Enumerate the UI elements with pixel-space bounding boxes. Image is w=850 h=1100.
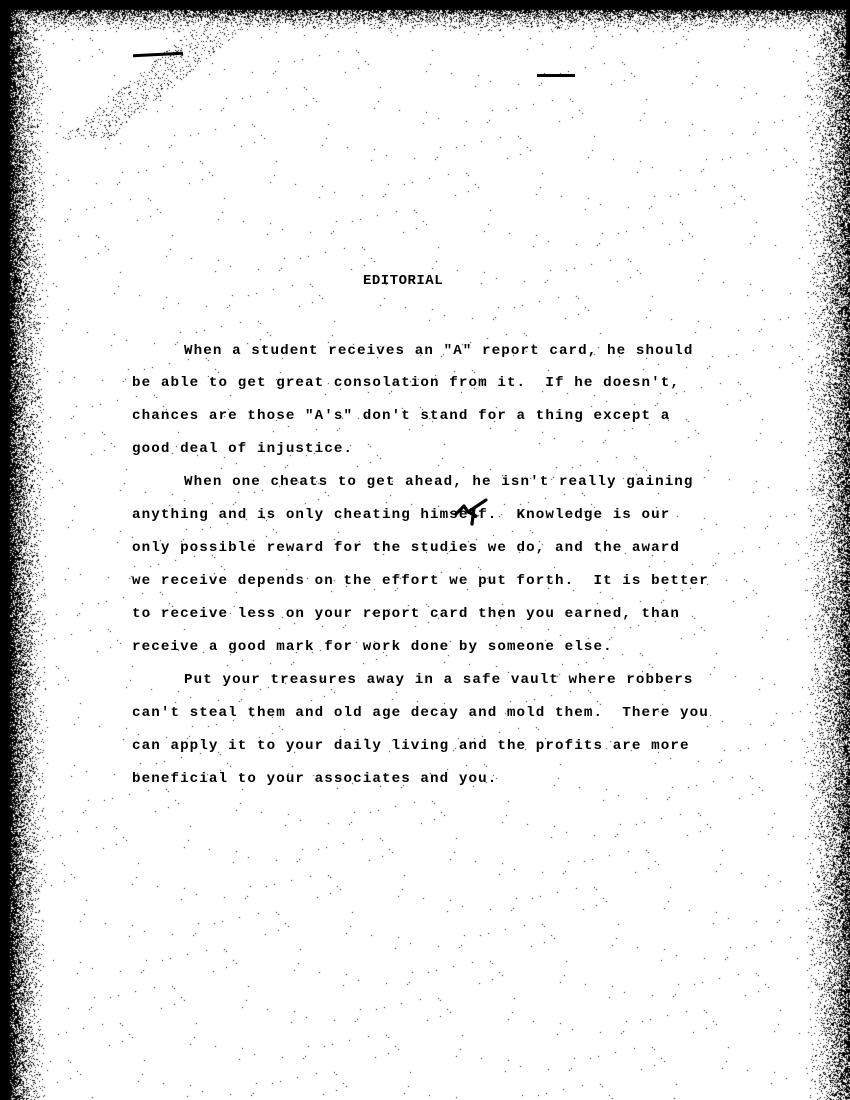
text-line: good deal of injustice. <box>132 440 353 458</box>
smudge-mark <box>537 74 575 77</box>
text-line: be able to get great consolation from it… <box>132 374 680 392</box>
text-line: can't steal them and old age decay and m… <box>132 704 709 722</box>
text-line: Put your treasures away in a safe vault … <box>184 671 694 689</box>
text-line: When a student receives an "A" report ca… <box>184 342 694 360</box>
text-line: receive a good mark for work done by som… <box>132 638 613 656</box>
handwritten-correction-mark <box>452 498 492 528</box>
text-line: When one cheats to get ahead, he isn't r… <box>184 473 694 491</box>
text-line: beneficial to your associates and you. <box>132 770 497 788</box>
document-page: EDITORIAL When a student receives an "A"… <box>0 0 850 1100</box>
text-line: anything and is only cheating himself. K… <box>132 506 670 524</box>
page-title: EDITORIAL <box>363 273 443 289</box>
text-line: to receive less on your report card then… <box>132 605 680 623</box>
text-line: can apply it to your daily living and th… <box>132 737 690 755</box>
text-line: only possible reward for the studies we … <box>132 539 680 557</box>
text-line: chances are those "A's" don't stand for … <box>132 407 670 425</box>
text-line: we receive depends on the effort we put … <box>132 572 709 590</box>
smudge-mark <box>133 52 183 58</box>
